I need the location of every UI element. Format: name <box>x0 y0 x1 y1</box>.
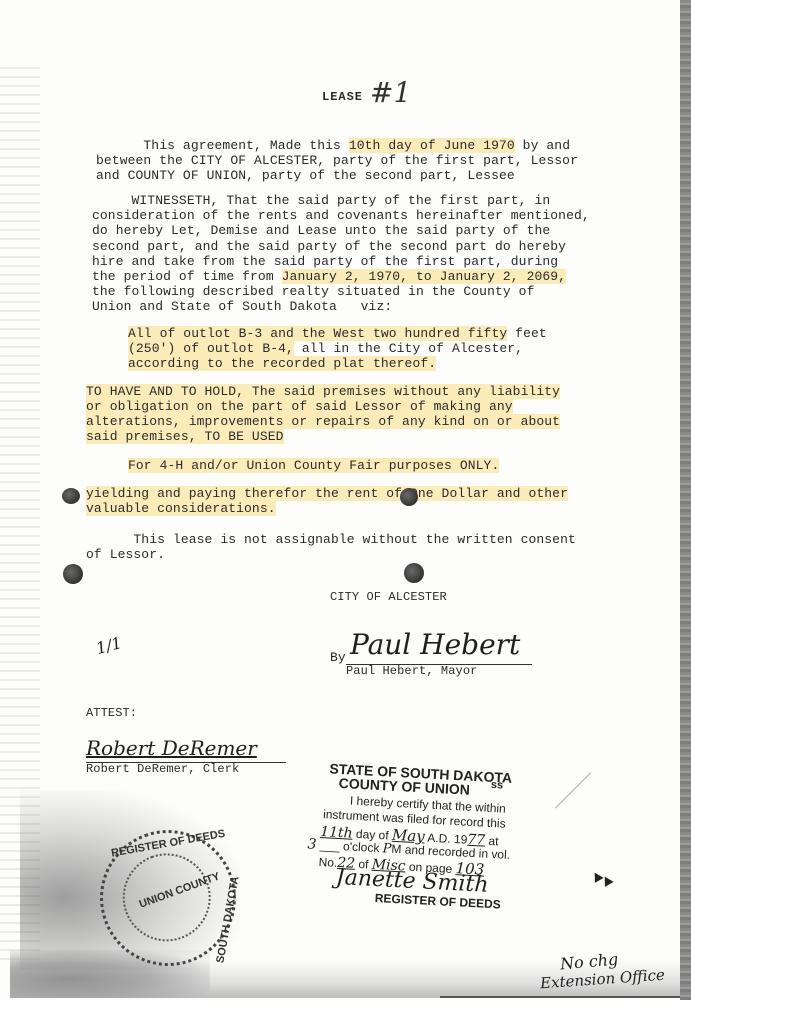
mayor-signature: Paul Hebert <box>350 628 520 661</box>
by-label: By <box>330 650 346 665</box>
text-run: all in the City of Alcester, <box>294 341 523 356</box>
text-line: All of outlot B-3 and the West two hundr… <box>128 326 547 341</box>
highlighted-text: TO HAVE AND TO HOLD, The said premises w… <box>86 384 560 399</box>
stamp-ss: ss <box>491 779 504 792</box>
clerk-signature: Robert DeRemer <box>86 736 257 760</box>
text-line: Union and State of South Dakota viz: <box>92 299 392 314</box>
text-run: do hereby Let, Demise and Lease unto the… <box>92 223 550 238</box>
document-title: LEASE <box>322 90 363 104</box>
text-run: hire and take from the said party of the… <box>92 254 558 269</box>
text-line: TO HAVE AND TO HOLD, The said premises w… <box>86 384 560 399</box>
document-page: LEASE #1 This agreement, Made this 10th … <box>0 0 680 1000</box>
highlighted-text: according to the recorded plat thereof. <box>128 356 436 371</box>
text-line: or obligation on the part of said Lessor… <box>86 399 513 414</box>
text-run: second part, and the said party of the s… <box>92 239 566 254</box>
stamp-no-label: No. <box>318 855 337 870</box>
text-run: This agreement, Made this <box>96 138 349 153</box>
text-line: This agreement, Made this 10th day of Ju… <box>96 138 570 153</box>
text-run: between the CITY OF ALCESTER, party of t… <box>96 153 578 168</box>
stamp-hour: 3 <box>307 836 317 852</box>
highlighted-text: January 2, 1970, to January 2, 2069, <box>282 269 566 284</box>
punch-hole <box>400 488 418 506</box>
clerk-name: Robert DeRemer, Clerk <box>86 762 239 777</box>
text-line: the following described realty situated … <box>92 284 534 299</box>
highlighted-text: All of outlot B-3 and the West two hundr… <box>128 326 507 341</box>
text-line: For 4-H and/or Union County Fair purpose… <box>128 458 499 473</box>
punch-hole <box>404 563 424 583</box>
highlighted-text: or obligation on the part of said Lessor… <box>86 399 513 414</box>
highlighted-text: yielding and paying therefor the rent of… <box>86 486 568 501</box>
text-line: valuable considerations. <box>86 501 276 516</box>
text-line: second part, and the said party of the s… <box>92 239 566 254</box>
text-run: the following described realty situated … <box>92 284 534 299</box>
text-line: the period of time from January 2, 1970,… <box>92 269 566 284</box>
text-line: said premises, TO BE USED <box>86 429 284 444</box>
text-line: and COUNTY OF UNION, party of the second… <box>96 168 515 183</box>
text-line: according to the recorded plat thereof. <box>128 356 436 371</box>
text-run: of Lessor. <box>86 547 165 562</box>
highlighted-text: (250') of outlot B-4, <box>128 341 294 356</box>
stamp-mark <box>555 772 591 808</box>
text-line: yielding and paying therefor the rent of… <box>86 486 568 501</box>
text-run: This lease is not assignable without the… <box>86 532 576 547</box>
lessor-entity: CITY OF ALCESTER <box>330 590 447 605</box>
mayor-name: Paul Hebert, Mayor <box>346 664 477 679</box>
text-line: hire and take from the said party of the… <box>92 254 558 269</box>
highlighted-text: said premises, TO BE USED <box>86 429 284 444</box>
highlighted-text: 10th day of June 1970 <box>349 138 515 153</box>
highlighted-text: alterations, improvements or repairs of … <box>86 414 560 429</box>
attest-label: ATTEST: <box>86 706 137 721</box>
text-run: consideration of the rents and covenants… <box>92 208 590 223</box>
text-line: consideration of the rents and covenants… <box>92 208 590 223</box>
scan-right-edge <box>680 0 691 1000</box>
title-annotation: #1 <box>370 76 411 109</box>
scan-bottom-line <box>440 996 680 998</box>
highlighted-text: valuable considerations. <box>86 501 276 516</box>
text-run: by and <box>515 138 570 153</box>
text-line: (250') of outlot B-4, all in the City of… <box>128 341 523 356</box>
punch-hole <box>62 488 80 504</box>
text-line: WITNESSETH, That the said party of the f… <box>92 193 550 208</box>
punch-hole <box>63 564 83 584</box>
text-run: Union and State of South Dakota viz: <box>92 299 392 314</box>
highlighted-text: For 4-H and/or Union County Fair purpose… <box>128 458 499 473</box>
text-run: the period of time from <box>92 269 282 284</box>
margin-note: 1/1 <box>94 633 124 658</box>
text-line: do hereby Let, Demise and Lease unto the… <box>92 223 550 238</box>
text-line: alterations, improvements or repairs of … <box>86 414 560 429</box>
text-run: and COUNTY OF UNION, party of the second… <box>96 168 515 183</box>
recording-stamp: STATE OF SOUTH DAKOTA COUNTY OF UNION ss… <box>322 760 552 772</box>
text-line: This lease is not assignable without the… <box>86 532 576 547</box>
text-line: between the CITY OF ALCESTER, party of t… <box>96 153 578 168</box>
text-run: WITNESSETH, That the said party of the f… <box>92 193 550 208</box>
text-line: of Lessor. <box>86 547 165 562</box>
text-run: feet <box>507 326 547 341</box>
